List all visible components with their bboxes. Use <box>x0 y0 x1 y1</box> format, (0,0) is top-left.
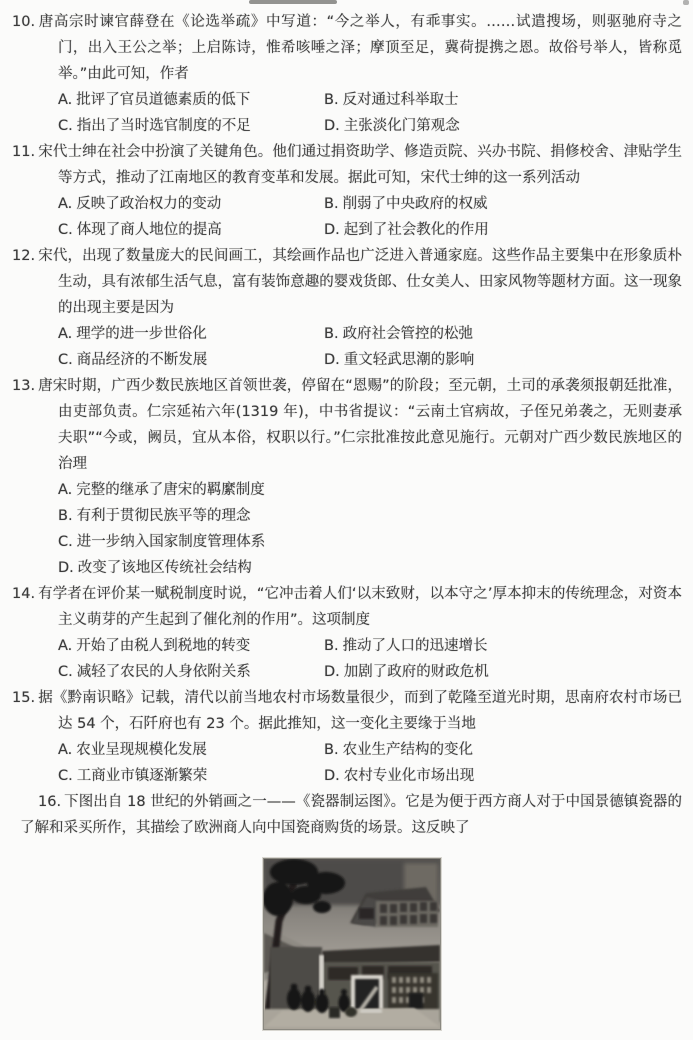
question-13: 13.唐宋时期，广西少数民族地区首领世袭，停留在“恩赐”的阶段；至元朝，土司的承… <box>12 373 682 581</box>
option-text: 工商业市镇逐渐繁荣 <box>77 768 208 784</box>
question-list: 10.唐高宗时谏官薛登在《论选举疏》中写道：“今之举人，有乖事实。……试遣搜场，… <box>12 9 682 841</box>
option-text: 重文轻武思潮的影响 <box>344 352 475 368</box>
question-stem: 16.下图出自 18 世纪的外销画之一——《瓷器制运图》。它是为便于西方商人对于… <box>12 789 682 841</box>
option-label: D. <box>324 352 340 368</box>
option-label: A. <box>58 196 72 212</box>
option-A: A.开始了由税人到税地的转变 <box>58 633 324 659</box>
option-B: B.农业生产结构的变化 <box>324 737 474 763</box>
scan-edge-artifact <box>249 0 337 4</box>
option-text: 政府社会管控的松弛 <box>343 326 474 342</box>
question-number: 10. <box>12 14 35 30</box>
option-text: 有利于贯彻民族平等的理念 <box>77 508 251 524</box>
option-text: 起到了社会教化的作用 <box>344 222 489 238</box>
question-11: 11.宋代士绅在社会中扮演了关键角色。他们通过捐资助学、修造贡院、兴办书院、捐修… <box>12 139 682 243</box>
option-label: A. <box>58 326 72 342</box>
option-text: 反对通过科举取士 <box>343 92 459 108</box>
option-label: A. <box>58 92 72 108</box>
question-number: 11. <box>12 144 35 160</box>
option-label: D. <box>324 768 340 784</box>
option-A: A.反映了政治权力的变动 <box>58 191 324 217</box>
option-group: A.开始了由税人到税地的转变B.推动了人口的迅速增长C.减轻了农民的人身依附关系… <box>12 633 682 685</box>
question-10: 10.唐高宗时谏官薛登在《论选举疏》中写道：“今之举人，有乖事实。……试遣搜场，… <box>12 9 682 139</box>
option-text: 农业呈现规模化发展 <box>76 742 207 758</box>
question-stem: 14.有学者在评价某一赋税制度时说，“它冲击着人们‘以末致财，以本守之’厚本抑末… <box>12 581 682 633</box>
option-label: D. <box>58 560 74 576</box>
option-text: 进一步纳入国家制度管理体系 <box>77 534 266 550</box>
option-group: A.理学的进一步世俗化B.政府社会管控的松弛C.商品经济的不断发展D.重文轻武思… <box>12 321 682 373</box>
question-number: 13. <box>12 378 35 394</box>
option-C: C.商品经济的不断发展 <box>58 347 324 373</box>
question-stem: 15.据《黔南识略》记载，清代以前当地农村市场数量很少，而到了乾隆至道光时期，思… <box>12 685 682 737</box>
option-group: A.反映了政治权力的变动B.削弱了中央政府的权威C.体现了商人地位的提高D.起到… <box>12 191 682 243</box>
option-A: A.批评了官员道德素质的低下 <box>58 87 324 113</box>
option-D: D.农村专业化市场出现 <box>324 763 474 789</box>
porcelain-trade-painting-art <box>264 859 440 1029</box>
porcelain-trade-painting <box>263 858 441 1030</box>
option-C: C.工商业市镇逐渐繁荣 <box>58 763 324 789</box>
option-B: B.削弱了中央政府的权威 <box>324 191 489 217</box>
question-number: 12. <box>12 248 35 264</box>
option-label: C. <box>58 768 73 784</box>
option-text: 体现了商人地位的提高 <box>77 222 222 238</box>
question-15: 15.据《黔南识略》记载，清代以前当地农村市场数量很少，而到了乾隆至道光时期，思… <box>12 685 682 789</box>
option-text: 反映了政治权力的变动 <box>76 196 221 212</box>
question-number: 15. <box>12 690 35 706</box>
option-text: 改变了该地区传统社会结构 <box>78 560 252 576</box>
question-number: 16. <box>38 794 61 810</box>
option-B: B.有利于贯彻民族平等的理念 <box>58 503 682 529</box>
option-A: A.农业呈现规模化发展 <box>58 737 324 763</box>
option-label: B. <box>324 326 339 342</box>
option-text: 农业生产结构的变化 <box>343 742 474 758</box>
option-label: A. <box>58 742 72 758</box>
option-C: C.体现了商人地位的提高 <box>58 217 324 243</box>
option-label: B. <box>324 92 339 108</box>
option-text: 加剧了政府的财政危机 <box>344 664 489 680</box>
question-16: 16.下图出自 18 世纪的外销画之一——《瓷器制运图》。它是为便于西方商人对于… <box>12 789 682 841</box>
option-A: A.理学的进一步世俗化 <box>58 321 324 347</box>
option-text: 指出了当时选官制度的不足 <box>77 118 251 134</box>
question-text: 下图出自 18 世纪的外销画之一——《瓷器制运图》。它是为便于西方商人对于中国景… <box>20 794 682 836</box>
option-D: D.改变了该地区传统社会结构 <box>58 555 682 581</box>
option-B: B.反对通过科举取士 <box>324 87 460 113</box>
option-label: C. <box>58 534 73 550</box>
option-label: C. <box>58 222 73 238</box>
question-text: 宋代，出现了数量庞大的民间画工，其绘画作品也广泛进入普通家庭。这些作品主要集中在… <box>38 248 682 316</box>
option-D: D.起到了社会教化的作用 <box>324 217 489 243</box>
option-label: D. <box>324 664 340 680</box>
option-D: D.加剧了政府的财政危机 <box>324 659 489 685</box>
question-12: 12.宋代，出现了数量庞大的民间画工，其绘画作品也广泛进入普通家庭。这些作品主要… <box>12 243 682 373</box>
question-stem: 11.宋代士绅在社会中扮演了关键角色。他们通过捐资助学、修造贡院、兴办书院、捐修… <box>12 139 682 191</box>
question-stem: 12.宋代，出现了数量庞大的民间画工，其绘画作品也广泛进入普通家庭。这些作品主要… <box>12 243 682 321</box>
option-text: 减轻了农民的人身依附关系 <box>77 664 251 680</box>
option-text: 开始了由税人到税地的转变 <box>76 638 250 654</box>
option-text: 农村专业化市场出现 <box>344 768 475 784</box>
option-group: A.完整的继承了唐宋的羁縻制度B.有利于贯彻民族平等的理念C.进一步纳入国家制度… <box>12 477 682 581</box>
option-C: C.减轻了农民的人身依附关系 <box>58 659 324 685</box>
option-group: A.农业呈现规模化发展B.农业生产结构的变化C.工商业市镇逐渐繁荣D.农村专业化… <box>12 737 682 789</box>
option-text: 理学的进一步世俗化 <box>76 326 207 342</box>
option-C: C.指出了当时选官制度的不足 <box>58 113 324 139</box>
option-label: A. <box>58 482 72 498</box>
exam-page: 10.唐高宗时谏官薛登在《论选举疏》中写道：“今之举人，有乖事实。……试遣搜场，… <box>0 0 693 1040</box>
question-text: 宋代士绅在社会中扮演了关键角色。他们通过捐资助学、修造贡院、兴办书院、捐修校舍、… <box>38 144 682 186</box>
question-text: 据《黔南识略》记载，清代以前当地农村市场数量很少，而到了乾隆至道光时期，思南府农… <box>38 690 682 732</box>
option-A: A.完整的继承了唐宋的羁縻制度 <box>58 477 682 503</box>
option-label: B. <box>324 638 339 654</box>
option-C: C.进一步纳入国家制度管理体系 <box>58 529 682 555</box>
option-label: B. <box>324 742 339 758</box>
option-label: B. <box>324 196 339 212</box>
scan-edge-artifact <box>683 0 689 5</box>
option-text: 完整的继承了唐宋的羁縻制度 <box>76 482 265 498</box>
option-B: B.推动了人口的迅速增长 <box>324 633 489 659</box>
option-text: 主张淡化门第观念 <box>344 118 460 134</box>
question-stem: 10.唐高宗时谏官薛登在《论选举疏》中写道：“今之举人，有乖事实。……试遣搜场，… <box>12 9 682 87</box>
option-text: 推动了人口的迅速增长 <box>343 638 488 654</box>
question-14: 14.有学者在评价某一赋税制度时说，“它冲击着人们‘以末致财，以本守之’厚本抑末… <box>12 581 682 685</box>
option-label: C. <box>58 118 73 134</box>
question-text: 有学者在评价某一赋税制度时说，“它冲击着人们‘以末致财，以本守之’厚本抑末的传统… <box>38 586 682 628</box>
question-number: 14. <box>12 586 35 602</box>
option-label: C. <box>58 664 73 680</box>
question-text: 唐高宗时谏官薛登在《论选举疏》中写道：“今之举人，有乖事实。……试遣搜场，则驱驰… <box>38 14 682 82</box>
question-stem: 13.唐宋时期，广西少数民族地区首领世袭，停留在“恩赐”的阶段；至元朝，土司的承… <box>12 373 682 477</box>
option-label: A. <box>58 638 72 654</box>
option-D: D.重文轻武思潮的影响 <box>324 347 474 373</box>
option-label: D. <box>324 222 340 238</box>
option-B: B.政府社会管控的松弛 <box>324 321 474 347</box>
option-D: D.主张淡化门第观念 <box>324 113 460 139</box>
question-text: 唐宋时期，广西少数民族地区首领世袭，停留在“恩赐”的阶段；至元朝，土司的承袭须报… <box>38 378 682 472</box>
option-text: 削弱了中央政府的权威 <box>343 196 488 212</box>
option-label: C. <box>58 352 73 368</box>
option-text: 商品经济的不断发展 <box>77 352 208 368</box>
option-group: A.批评了官员道德素质的低下B.反对通过科举取士C.指出了当时选官制度的不足D.… <box>12 87 682 139</box>
option-text: 批评了官员道德素质的低下 <box>76 92 250 108</box>
option-label: B. <box>58 508 73 524</box>
option-label: D. <box>324 118 340 134</box>
